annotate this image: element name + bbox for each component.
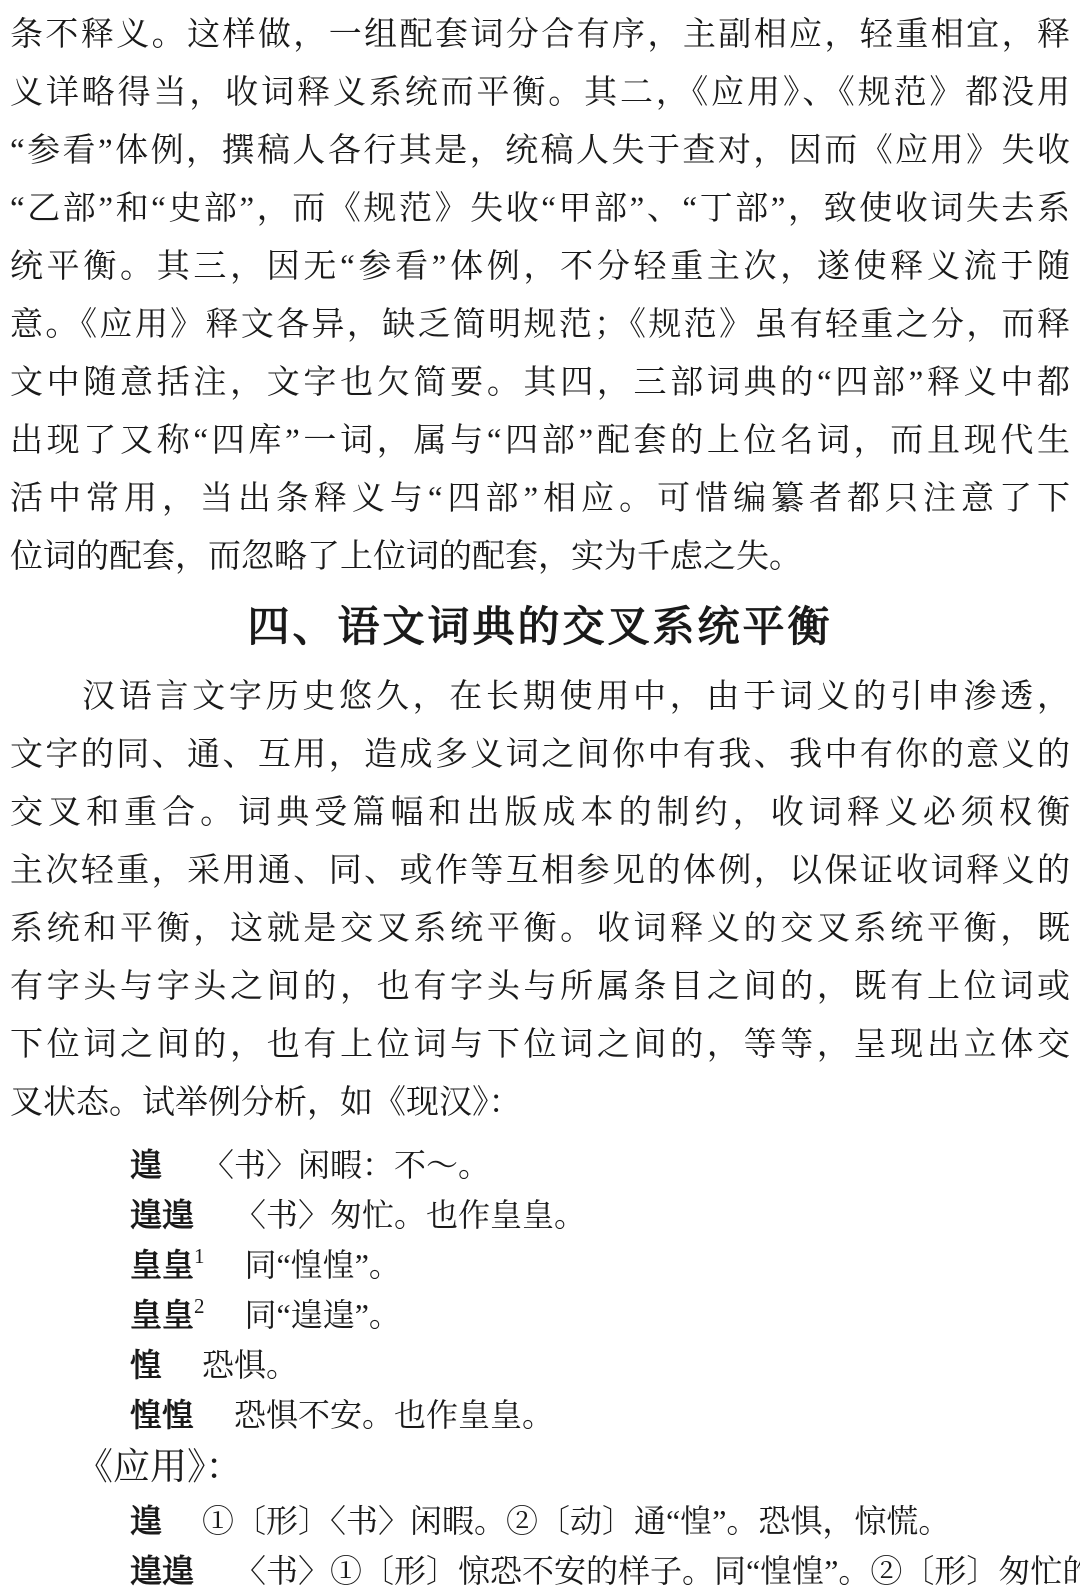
entry-definition: 同“惶惶”。: [245, 1247, 401, 1283]
entry-definition: ①〔形〕〈书〉闲暇。②〔动〕通“惶”。恐惧，惊慌。: [202, 1503, 950, 1539]
text-line: 系统和平衡，这就是交叉系统平衡。收词释义的交叉系统平衡，既: [10, 900, 1070, 958]
paragraph-1: 条不释义。这样做，一组配套词分合有序，主副相应，轻重相宜，释 义详略得当，收词释…: [10, 6, 1070, 586]
text-line: “参看”体例，撰稿人各行其是，统稿人失于查对，因而《应用》失收: [10, 122, 1070, 180]
entry-headword: 皇皇1: [130, 1247, 205, 1283]
dictionary-entry: 皇皇2同“遑遑”。: [130, 1290, 1070, 1340]
entry-headword-text: 皇皇: [130, 1247, 194, 1283]
entry-headword-text: 遑遑: [130, 1197, 194, 1233]
entry-definition: 〈书〉匆忙。也作皇皇。: [234, 1197, 586, 1233]
yingyong-dictionary-label: 《应用》：: [76, 1440, 1070, 1496]
document-page: 条不释义。这样做，一组配套词分合有序，主副相应，轻重相宜，释 义详略得当，收词释…: [0, 0, 1080, 1590]
entry-headword-superscript: 2: [194, 1294, 205, 1318]
entry-definition: 同“遑遑”。: [245, 1297, 401, 1333]
text-line: 叉状态。试举例分析，如《现汉》：: [10, 1074, 1070, 1132]
entry-headword: 皇皇2: [130, 1297, 205, 1333]
entry-headword-text: 遑: [130, 1503, 162, 1539]
paragraph-2: 汉语言文字历史悠久，在长期使用中，由于词义的引申渗透， 文字的同、通、互用，造成…: [10, 668, 1070, 1132]
entry-headword-text: 惶: [130, 1347, 162, 1383]
entry-headword-text: 遑遑: [130, 1553, 194, 1589]
dictionary-entry: 皇皇1同“惶惶”。: [130, 1240, 1070, 1290]
entry-headword: 惶惶: [130, 1397, 194, 1433]
dictionary-entry: 惶恐惧。: [130, 1340, 1070, 1390]
text-line: 下位词之间的，也有上位词与下位词之间的，等等，呈现出立体交: [10, 1016, 1070, 1074]
entry-headword-text: 皇皇: [130, 1297, 194, 1333]
entry-definition: 恐惧不安。也作皇皇。: [234, 1397, 554, 1433]
entry-headword: 遑: [130, 1147, 162, 1183]
entry-headword-text: 遑: [130, 1147, 162, 1183]
dictionary-entry: 遑①〔形〕〈书〉闲暇。②〔动〕通“惶”。恐惧，惊慌。: [130, 1496, 1070, 1546]
text-line: 意。《应用》释文各异，缺乏简明规范；《规范》虽有轻重之分，而释: [10, 296, 1070, 354]
yingyong-entry-list: 遑①〔形〕〈书〉闲暇。②〔动〕通“惶”。恐惧，惊慌。 遑遑〈书〉①〔形〕惊恐不安…: [130, 1496, 1070, 1590]
dictionary-entry: 遑〈书〉闲暇：不～。: [130, 1140, 1070, 1190]
text-line: 主次轻重，采用通、同、或作等互相参见的体例，以保证收词释义的: [10, 842, 1070, 900]
section-heading: 四、语文词典的交叉系统平衡: [10, 596, 1070, 660]
text-line: 交叉和重合。词典受篇幅和出版成本的制约，收词释义必须权衡: [10, 784, 1070, 842]
text-line: 活中常用，当出条释义与“四部”相应。可惜编纂者都只注意了下: [10, 470, 1070, 528]
entry-definition: 〈书〉①〔形〕惊恐不安的样子。同“惶惶”。②〔形〕匆忙的样子。: [234, 1553, 1080, 1589]
text-line: “乙部”和“史部”，而《规范》失收“甲部”、“丁部”，致使收词失去系: [10, 180, 1070, 238]
entry-headword-superscript: 1: [194, 1244, 205, 1268]
text-line: 汉语言文字历史悠久，在长期使用中，由于词义的引申渗透，: [10, 668, 1070, 726]
dictionary-entry: 遑遑〈书〉匆忙。也作皇皇。: [130, 1190, 1070, 1240]
entry-headword: 遑遑: [130, 1553, 194, 1589]
text-line: 出现了又称“四库”一词，属与“四部”配套的上位名词，而且现代生: [10, 412, 1070, 470]
text-line: 统平衡。其三，因无“参看”体例，不分轻重主次，遂使释义流于随: [10, 238, 1070, 296]
text-line: 文字的同、通、互用，造成多义词之间你中有我、我中有你的意义的: [10, 726, 1070, 784]
entry-headword: 遑遑: [130, 1197, 194, 1233]
xianhan-entry-list: 遑〈书〉闲暇：不～。 遑遑〈书〉匆忙。也作皇皇。 皇皇1同“惶惶”。 皇皇2同“…: [130, 1140, 1070, 1440]
text-line: 文中随意括注，文字也欠简要。其四，三部词典的“四部”释义中都: [10, 354, 1070, 412]
entry-headword-text: 惶惶: [130, 1397, 194, 1433]
dictionary-entry: 遑遑〈书〉①〔形〕惊恐不安的样子。同“惶惶”。②〔形〕匆忙的样子。: [130, 1546, 1070, 1590]
text-line: 有字头与字头之间的，也有字头与所属条目之间的，既有上位词或: [10, 958, 1070, 1016]
entry-headword: 惶: [130, 1347, 162, 1383]
entry-definition: 恐惧。: [202, 1347, 298, 1383]
text-line: 义详略得当，收词释义系统而平衡。其二，《应用》、《规范》都没用: [10, 64, 1070, 122]
dictionary-entry: 惶惶恐惧不安。也作皇皇。: [130, 1390, 1070, 1440]
entry-definition: 〈书〉闲暇：不～。: [202, 1147, 490, 1183]
text-line: 条不释义。这样做，一组配套词分合有序，主副相应，轻重相宜，释: [10, 6, 1070, 64]
entry-headword: 遑: [130, 1503, 162, 1539]
text-line: 位词的配套，而忽略了上位词的配套，实为千虑之失。: [10, 528, 1070, 586]
